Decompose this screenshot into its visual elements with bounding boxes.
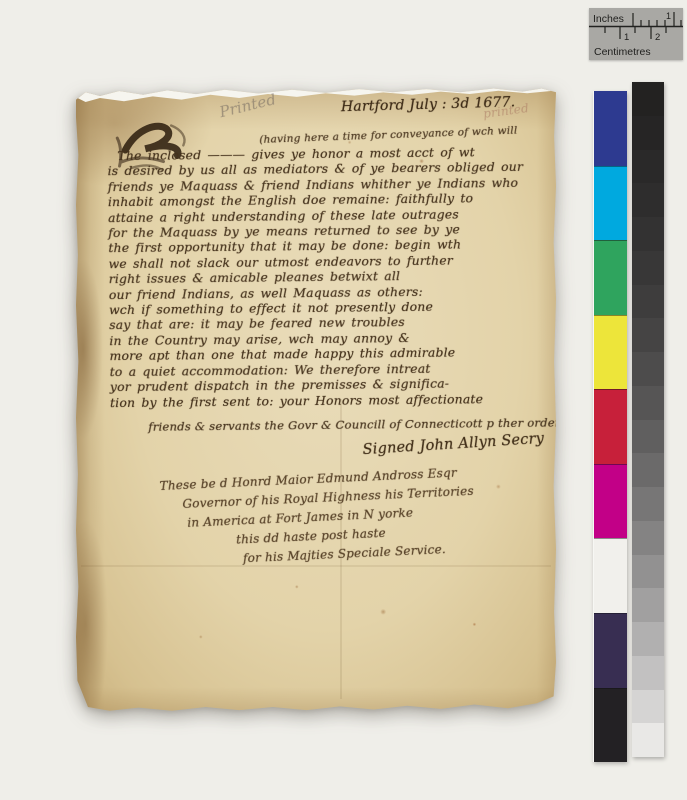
- pencil-annotation-left: Printed: [218, 90, 278, 121]
- gray-step: [632, 217, 664, 251]
- color-calibration-strip: [593, 91, 627, 762]
- ruler-card: Inches 1 1 2 Centimetres: [589, 8, 683, 60]
- color-patch: [594, 166, 627, 241]
- gray-step: [632, 183, 664, 217]
- manuscript-paper: Printed Hartford July : 3d 1677. printed…: [76, 86, 556, 712]
- closing-line: friends & servants the Govr & Councill o…: [148, 415, 560, 433]
- gray-step: [632, 420, 664, 454]
- interline-note: (having here a time for conveyance of wc…: [259, 124, 518, 145]
- gray-step: [632, 386, 664, 420]
- color-patch: [594, 464, 627, 539]
- inch-number: 1: [666, 11, 671, 21]
- letter-body: The inclosed ——— gives ye honor a most a…: [107, 144, 525, 410]
- scan-backdrop: Inches 1 1 2 Centimetres: [0, 0, 687, 800]
- gray-step: [632, 82, 664, 116]
- color-patch: [594, 91, 627, 166]
- cm-number-2: 2: [655, 32, 660, 43]
- inches-label: Inches: [593, 13, 624, 25]
- gray-step: [632, 285, 664, 319]
- gray-step: [632, 690, 664, 724]
- color-patch: [594, 240, 627, 315]
- gray-step: [632, 116, 664, 150]
- gray-step: [632, 318, 664, 352]
- gray-step: [632, 150, 664, 184]
- gray-step: [632, 588, 664, 622]
- cm-number-1: 1: [624, 32, 629, 43]
- ruler-scale-graphic: Inches 1 1 2 Centimetres: [589, 8, 683, 60]
- grayscale-calibration-strip: [632, 82, 664, 757]
- color-patch: [594, 538, 627, 613]
- paper-surface: Printed Hartford July : 3d 1677. printed…: [76, 86, 556, 712]
- gray-step: [632, 521, 664, 555]
- centimetres-label: Centimetres: [594, 46, 651, 58]
- gray-step: [632, 555, 664, 589]
- gray-step: [632, 622, 664, 656]
- gray-step: [632, 487, 664, 521]
- gray-step: [632, 656, 664, 690]
- color-patch: [594, 613, 627, 688]
- gray-step: [632, 352, 664, 386]
- gray-step: [632, 251, 664, 285]
- gray-step: [632, 453, 664, 487]
- gray-step: [632, 723, 664, 757]
- color-patch: [594, 688, 627, 763]
- color-patch: [594, 315, 627, 390]
- inch-ticks: [633, 12, 681, 27]
- letter-content: Printed Hartford July : 3d 1677. printed…: [73, 84, 560, 715]
- address-block: These be d Honrd Maior Edmund Andross Es…: [155, 463, 477, 572]
- color-patch: [594, 389, 627, 464]
- signature-line: Signed John Allyn Secry: [362, 431, 544, 458]
